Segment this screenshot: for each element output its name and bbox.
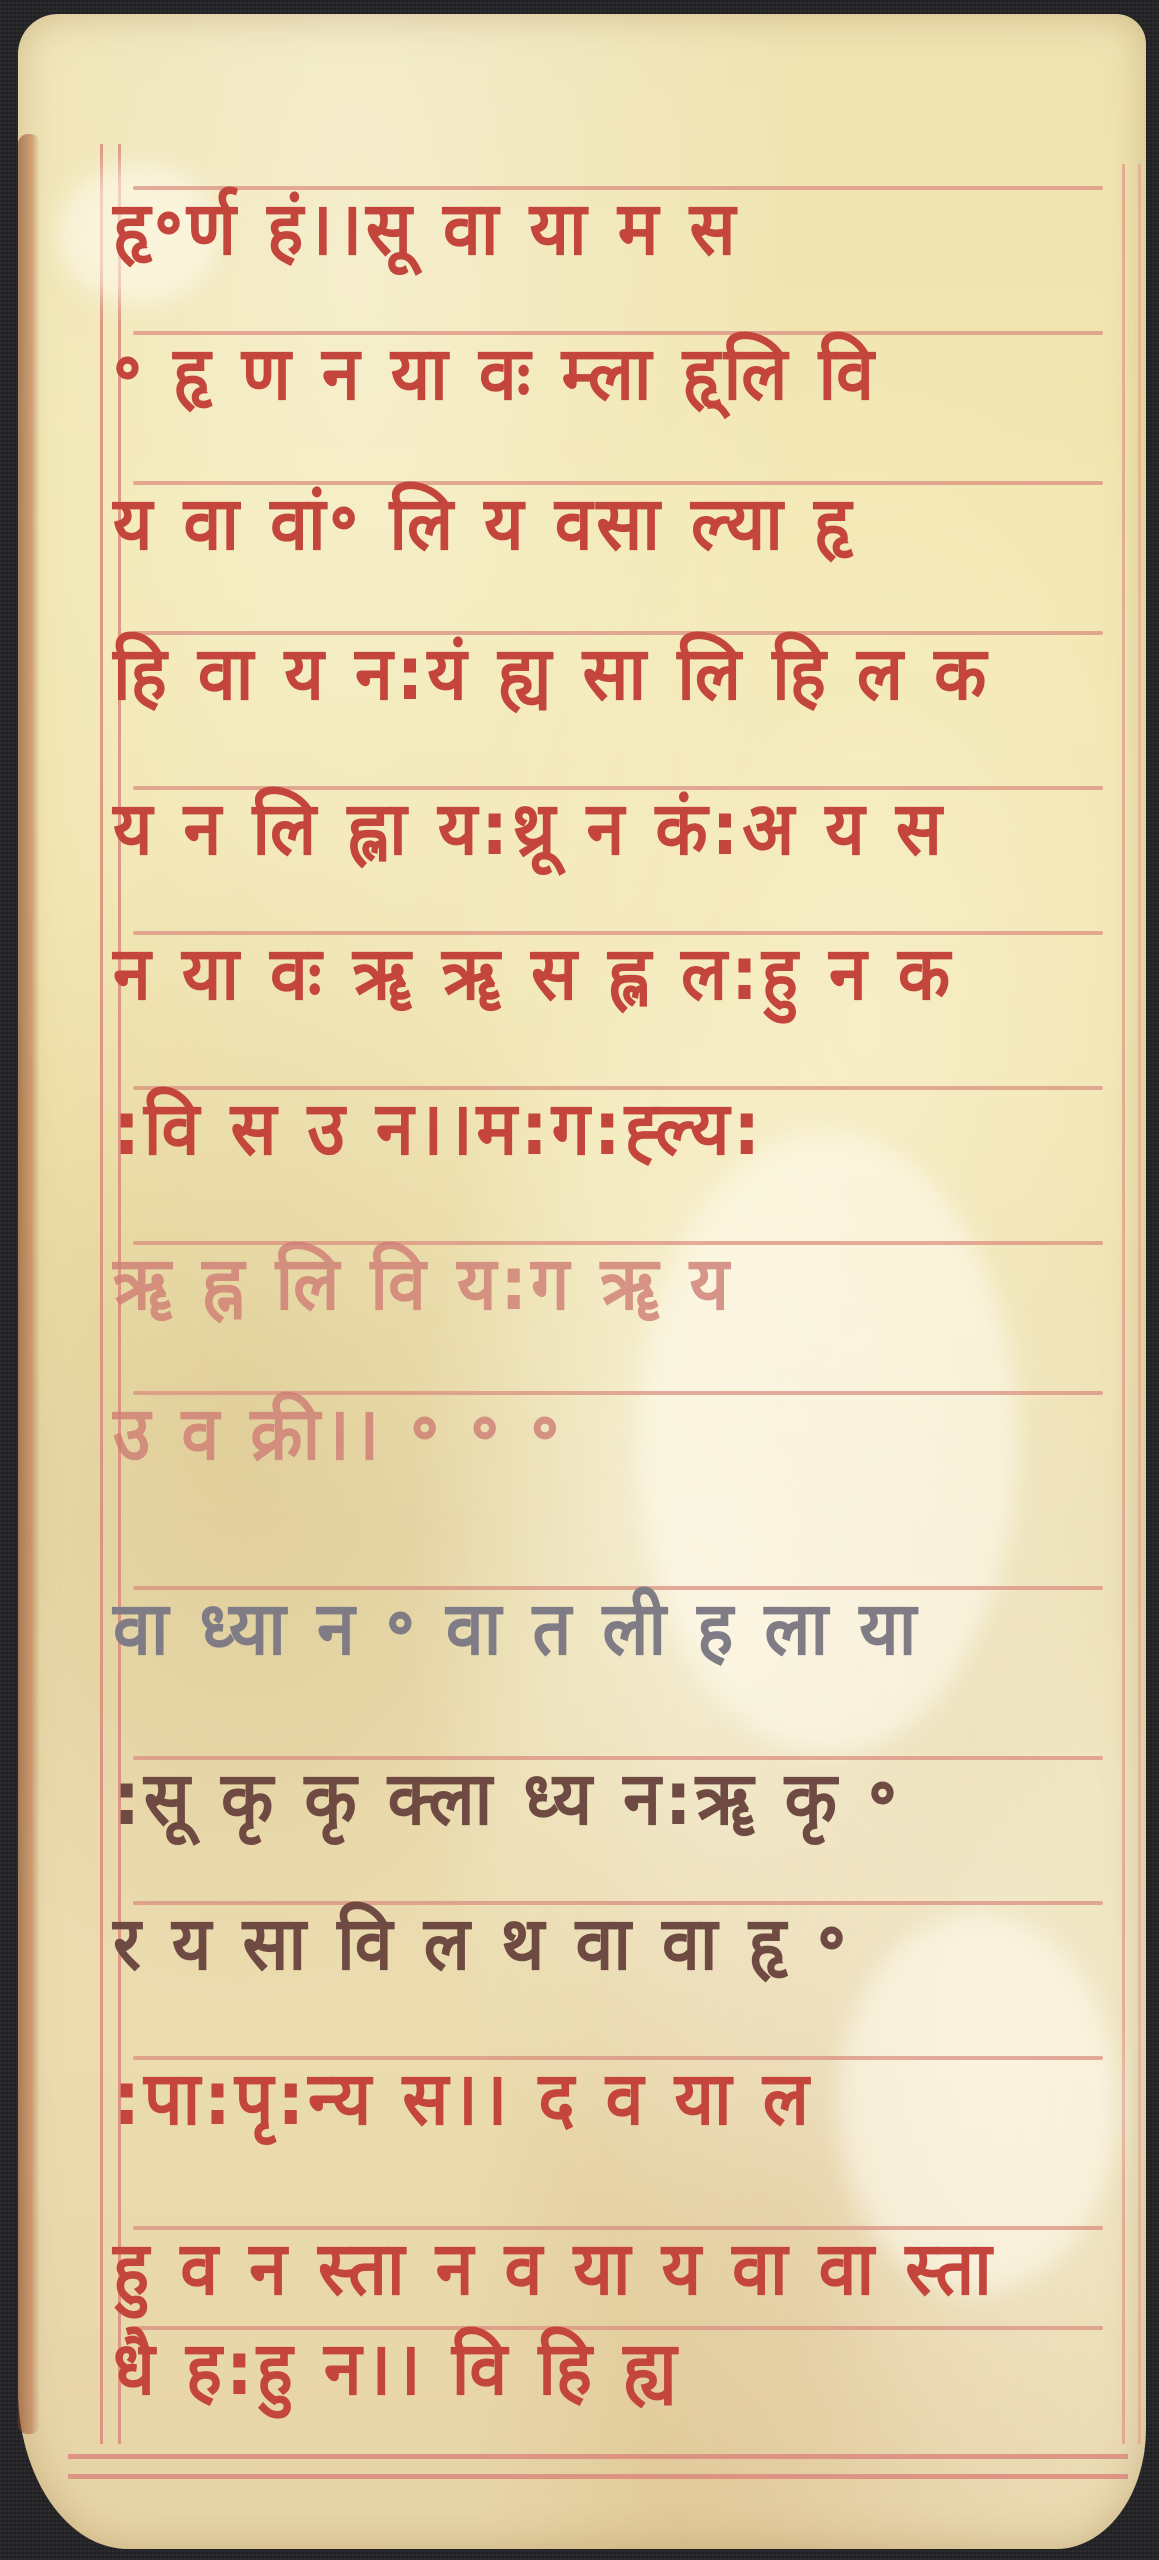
script-line-8: ॠ ह्न लि वि य:ग ॠ य xyxy=(113,1229,1113,1339)
margin-rule-left-outer xyxy=(100,144,103,2444)
script-text: :वि स उ न।।म:ग:ह्ल्य: xyxy=(113,1074,764,1184)
script-line-9: उ व क्री।। ॰ ॰ ॰ xyxy=(113,1379,1113,1489)
leaf-edge xyxy=(18,134,40,2434)
script-line-3: य वा वां॰ लि य वसा ल्या हृ xyxy=(113,469,1113,579)
bottom-rule-1 xyxy=(68,2454,1128,2459)
script-text: हि वा य न:यं ह्य सा लि हि ल क xyxy=(113,619,990,729)
margin-rule-right-outer xyxy=(1138,164,1141,2444)
script-text: :सू कृ कृ क्ला ध्य न:ॠ कृ ॰ xyxy=(113,1744,901,1854)
script-line-7: :वि स उ न।।म:ग:ह्ल्य: xyxy=(113,1074,1113,1184)
script-line-13: :पा:पृ:न्य स।। द व या ल xyxy=(113,2044,1113,2154)
script-text: उ व क्री।। ॰ ॰ ॰ xyxy=(113,1379,563,1489)
script-text: ॰ हृ ण न या वः म्ला हृ्लि वि xyxy=(113,319,878,429)
script-text: :पा:पृ:न्य स।। द व या ल xyxy=(113,2044,813,2154)
script-text: न या वः ॠ ॠ स ह्ल ल:हु न क xyxy=(113,919,954,1029)
script-text: य न लि ह्ला य:थ्रू न कं:अ य स xyxy=(113,774,946,884)
script-text: हु व न स्ता न व या य वा वा स्ता xyxy=(113,2214,996,2324)
script-text: हृ॰र्ण हं।।सू वा या म स xyxy=(113,174,739,284)
script-text: र य सा वि ल थ वा वा हृ ॰ xyxy=(113,1889,850,1999)
script-line-2: ॰ हृ ण न या वः म्ला हृ्लि वि xyxy=(113,319,1113,429)
margin-rule-right-inner xyxy=(1122,164,1125,2444)
script-line-5: य न लि ह्ला य:थ्रू न कं:अ य स xyxy=(113,774,1113,884)
script-text: वा ध्या न ॰ वा त ली ह ला या xyxy=(113,1574,920,1684)
script-text: ॠ ह्न लि वि य:ग ॠ य xyxy=(113,1229,733,1339)
script-line-1: हृ॰र्ण हं।।सू वा या म स xyxy=(113,174,1113,284)
script-text: य वा वां॰ लि य वसा ल्या हृ xyxy=(113,469,855,579)
script-line-15: धै ह:हु न।। वि हि ह्य xyxy=(113,2314,1113,2424)
script-line-12: र य सा वि ल थ वा वा हृ ॰ xyxy=(113,1889,1113,1999)
bottom-rule-2 xyxy=(68,2474,1128,2479)
manuscript-leaf: हृ॰र्ण हं।।सू वा या म स ॰ हृ ण न या वः म… xyxy=(18,14,1146,2549)
script-line-14: हु व न स्ता न व या य वा वा स्ता xyxy=(113,2214,1113,2324)
script-line-11: :सू कृ कृ क्ला ध्य न:ॠ कृ ॰ xyxy=(113,1744,1113,1854)
script-line-4: हि वा य न:यं ह्य सा लि हि ल क xyxy=(113,619,1113,729)
script-line-10: वा ध्या न ॰ वा त ली ह ला या xyxy=(113,1574,1113,1684)
script-line-6: न या वः ॠ ॠ स ह्ल ल:हु न क xyxy=(113,919,1113,1029)
script-text: धै ह:हु न।। वि हि ह्य xyxy=(113,2314,680,2424)
